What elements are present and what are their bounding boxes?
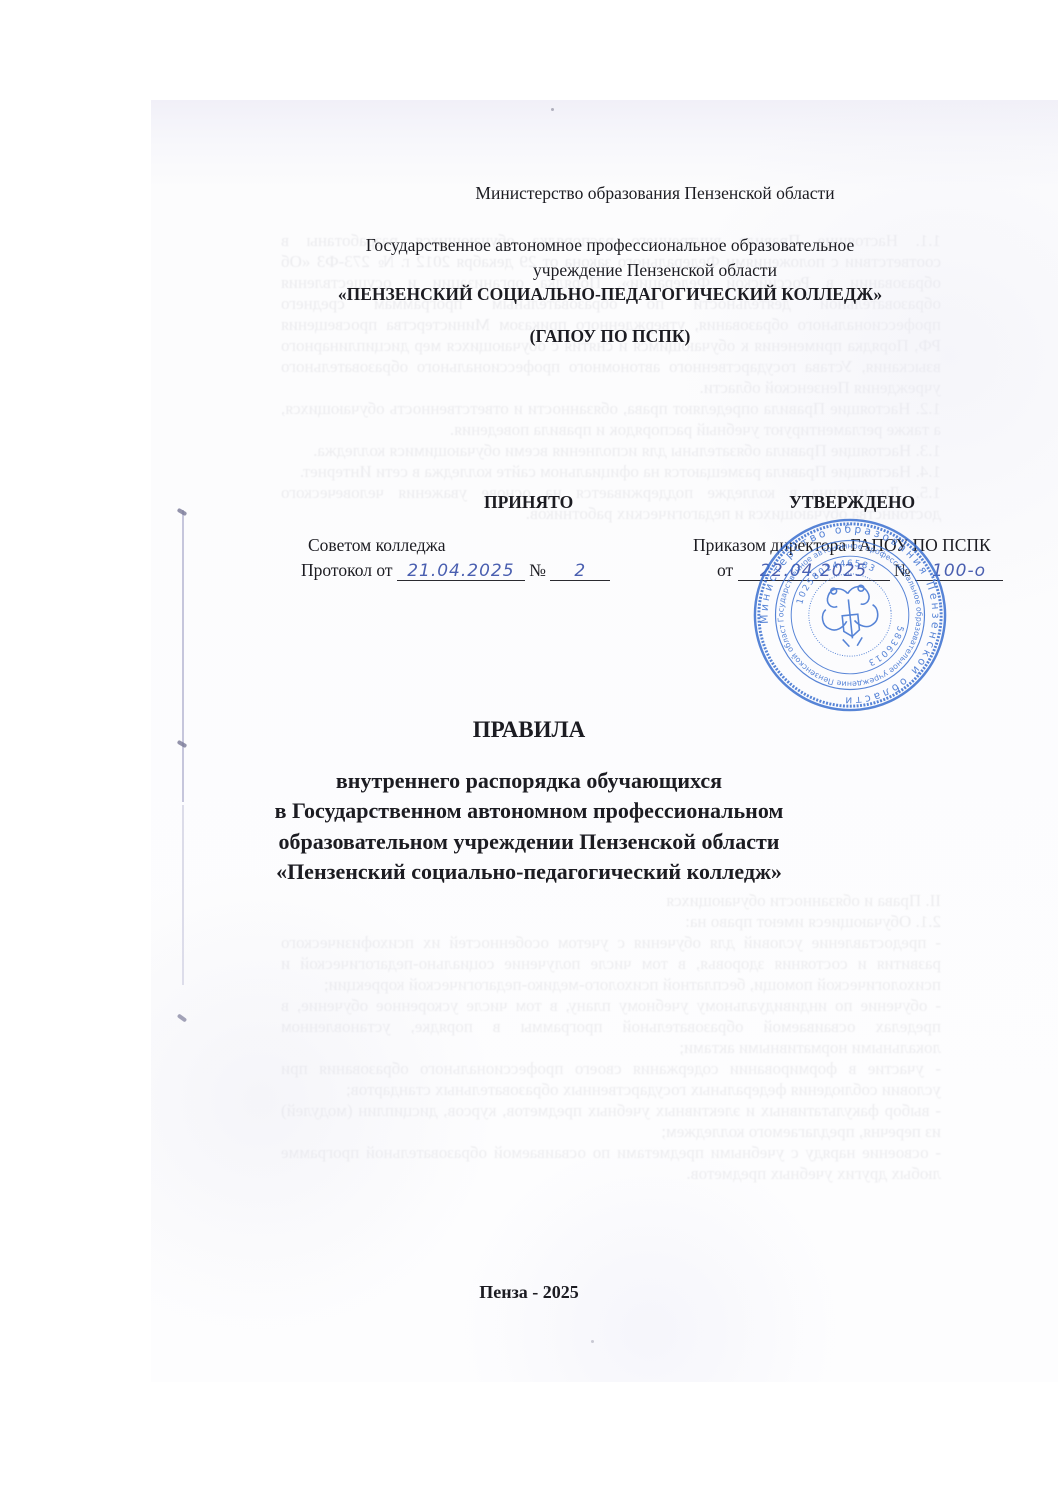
institution-type-line1: Государственное автономное профессиональ…	[210, 235, 1010, 256]
bleed-through-text-lower: II. Права и обязанности обучающихся 2.1.…	[281, 890, 941, 1184]
accepted-by: Советом колледжа	[308, 535, 446, 556]
document-title: ПРАВИЛА	[0, 717, 1058, 743]
protocol-label: Протокол от	[301, 560, 392, 580]
institution-abbreviation: (ГАПОУ ПО ПСПК)	[210, 326, 1010, 347]
protocol-date-handwritten: 21.04.2025	[397, 563, 525, 581]
document-subtitle-line4: «Пензенский социально-педагогический кол…	[0, 859, 1058, 885]
scan-speck	[551, 108, 554, 111]
eagle-emblem-icon	[819, 584, 880, 649]
institution-type-line2: учреждение Пензенской области	[255, 260, 1055, 281]
order-date-label: от	[717, 560, 733, 580]
margin-mark	[177, 1013, 187, 1022]
document-subtitle-line2: в Государственном автономном профессиона…	[0, 798, 1058, 824]
scan-speck	[591, 1340, 594, 1343]
approved-heading: УТВЕРЖДЕНО	[789, 492, 915, 513]
institution-name: «ПЕНЗЕНСКИЙ СОЦИАЛЬНО-ПЕДАГОГИЧЕСКИЙ КОЛ…	[210, 284, 1010, 305]
official-seal-stamp: Министерство образования Пензенской обла…	[742, 507, 957, 722]
protocol-number-label: №	[529, 560, 546, 580]
city-year: Пенза - 2025	[0, 1282, 1058, 1303]
protocol-number-handwritten: 2	[550, 563, 610, 581]
accepted-heading: ПРИНЯТО	[484, 492, 573, 513]
document-subtitle-line3: образовательном учреждении Пензенской об…	[0, 829, 1058, 855]
ministry-name: Министерство образования Пензенской обла…	[255, 183, 1055, 204]
document-subtitle-line1: внутреннего распорядка обучающихся	[0, 768, 1058, 794]
margin-binding-line	[182, 510, 184, 802]
accepted-protocol: Протокол от 21.04.2025 № 2	[301, 560, 610, 581]
